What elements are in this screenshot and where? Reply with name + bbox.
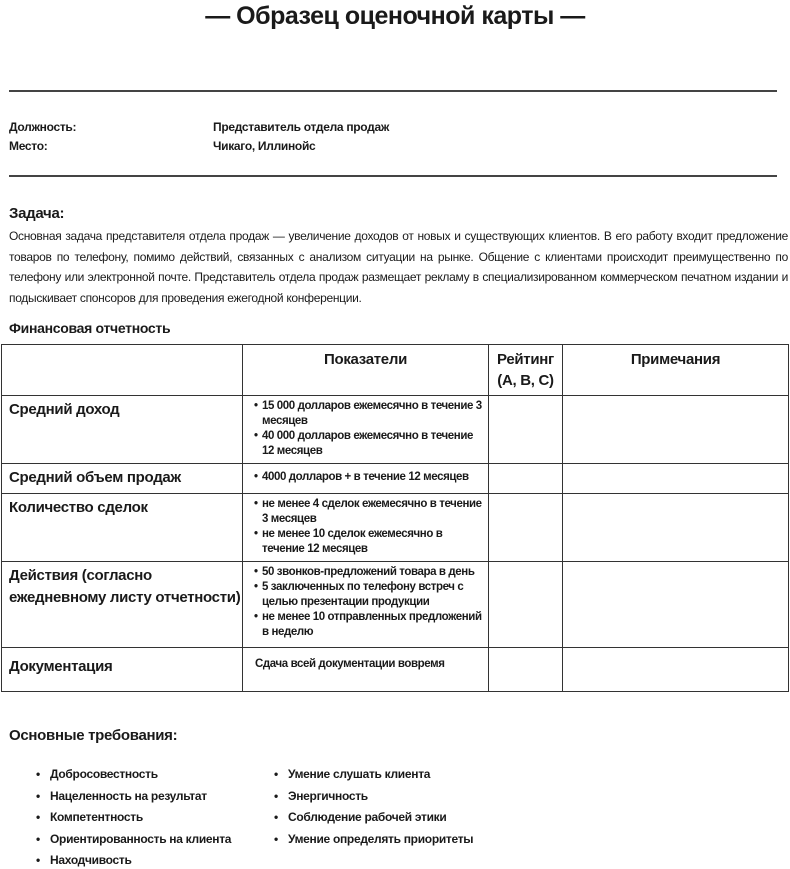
header-rating: Рейтинг (A, B, C) bbox=[489, 345, 563, 396]
requirements-list-left: Добросовестность Нацеленность на результ… bbox=[36, 767, 231, 869]
row-label: Количество сделок bbox=[2, 494, 243, 562]
indicator-item: 15 000 долларов ежемесячно в течение 3 м… bbox=[254, 399, 484, 429]
requirement-item: Компетентность bbox=[36, 810, 231, 832]
indicators-cell: 4000 долларов + в течение 12 месяцев bbox=[243, 464, 489, 494]
table-row: Количество сделок не менее 4 сделок ежем… bbox=[2, 494, 789, 562]
requirement-item: Умение слушать клиента bbox=[274, 767, 473, 789]
header-notes: Примечания bbox=[563, 345, 789, 396]
table-header-row: Показатели Рейтинг (A, B, C) Примечания bbox=[2, 345, 789, 396]
requirement-item: Ориентированность на клиента bbox=[36, 832, 231, 854]
position-value: Представитель отдела продаж bbox=[213, 120, 389, 134]
financial-table: Показатели Рейтинг (A, B, C) Примечания … bbox=[1, 344, 789, 692]
rating-cell[interactable] bbox=[489, 648, 563, 692]
requirement-item: Добросовестность bbox=[36, 767, 231, 789]
requirement-item: Соблюдение рабочей этики bbox=[274, 810, 473, 832]
task-heading: Задача: bbox=[9, 205, 64, 222]
page-title: — Образец оценочной карты — bbox=[0, 2, 790, 31]
indicator-item: 5 заключенных по телефону встреч с целью… bbox=[254, 580, 484, 610]
row-label: Документация bbox=[2, 648, 243, 692]
requirement-item: Умение определять приоритеты bbox=[274, 832, 473, 854]
notes-cell[interactable] bbox=[563, 464, 789, 494]
indicator-item: 50 звонков-предложений товара в день bbox=[254, 565, 484, 580]
requirement-item: Нацеленность на результат bbox=[36, 789, 231, 811]
header-indicators: Показатели bbox=[243, 345, 489, 396]
divider bbox=[9, 175, 777, 177]
row-label: Средний доход bbox=[2, 396, 243, 464]
indicator-item: не менее 10 сделок ежемесячно в течение … bbox=[254, 527, 484, 557]
row-label: Средний объем продаж bbox=[2, 464, 243, 494]
requirement-item: Энергичность bbox=[274, 789, 473, 811]
rating-cell[interactable] bbox=[489, 494, 563, 562]
notes-cell[interactable] bbox=[563, 562, 789, 648]
indicator-item: не менее 4 сделок ежемесячно в течение 3… bbox=[254, 497, 484, 527]
table-row: Средний объем продаж 4000 долларов + в т… bbox=[2, 464, 789, 494]
rating-cell[interactable] bbox=[489, 562, 563, 648]
requirement-item: Находчивость bbox=[36, 853, 231, 869]
position-label: Должность: bbox=[9, 120, 76, 134]
row-label: Действия (согласно ежедневному листу отч… bbox=[2, 562, 243, 648]
table-row: Действия (согласно ежедневному листу отч… bbox=[2, 562, 789, 648]
requirements-list-right: Умение слушать клиента Энергичность Собл… bbox=[274, 767, 473, 853]
notes-cell[interactable] bbox=[563, 396, 789, 464]
table-row: Средний доход 15 000 долларов ежемесячно… bbox=[2, 396, 789, 464]
indicator-item: не менее 10 отправленных предложений в н… bbox=[254, 610, 484, 640]
indicators-cell: 15 000 долларов ежемесячно в течение 3 м… bbox=[243, 396, 489, 464]
indicators-cell: не менее 4 сделок ежемесячно в течение 3… bbox=[243, 494, 489, 562]
rating-cell[interactable] bbox=[489, 464, 563, 494]
indicator-item: 40 000 долларов ежемесячно в течение 12 … bbox=[254, 429, 484, 459]
financial-heading: Финансовая отчетность bbox=[9, 320, 170, 336]
divider bbox=[9, 90, 777, 92]
header-empty bbox=[2, 345, 243, 396]
location-label: Место: bbox=[9, 139, 47, 153]
indicator-item: 4000 долларов + в течение 12 месяцев bbox=[254, 470, 484, 485]
table-row: Документация Сдача всей документации вов… bbox=[2, 648, 789, 692]
requirements-heading: Основные требования: bbox=[9, 727, 177, 744]
rating-cell[interactable] bbox=[489, 396, 563, 464]
indicators-cell: Сдача всей документации вовремя bbox=[243, 648, 489, 692]
notes-cell[interactable] bbox=[563, 494, 789, 562]
location-value: Чикаго, Иллинойс bbox=[213, 139, 315, 153]
indicators-cell: 50 звонков-предложений товара в день 5 з… bbox=[243, 562, 489, 648]
notes-cell[interactable] bbox=[563, 648, 789, 692]
task-description: Основная задача представителя отдела про… bbox=[9, 226, 788, 308]
